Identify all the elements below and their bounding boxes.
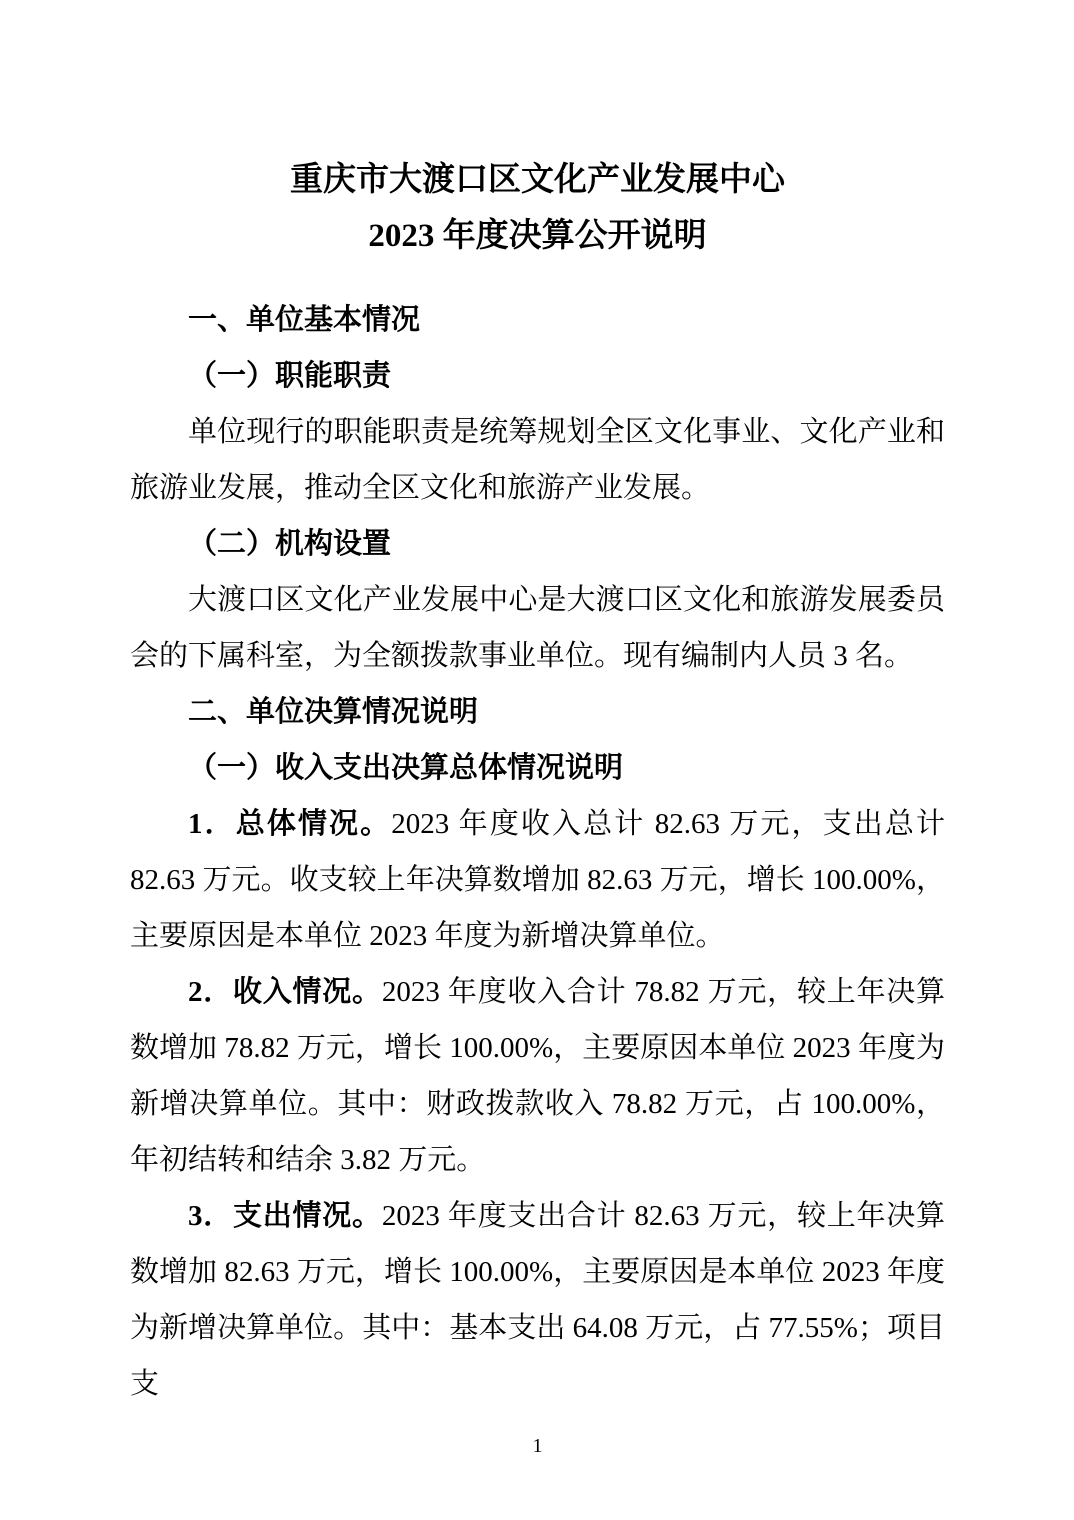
page-number: 1 bbox=[130, 1434, 945, 1458]
budget-item-2-paragraph: 2．收入情况。2023 年度收入合计 78.82 万元，较上年决算数增加 78.… bbox=[130, 964, 945, 1188]
document-title-line-1: 重庆市大渡口区文化产业发展中心 bbox=[130, 152, 945, 208]
subsection-1-2-paragraph: 大渡口区文化产业发展中心是大渡口区文化和旅游发展委员会的下属科室，为全额拨款事业… bbox=[130, 572, 945, 684]
subsection-1-2-heading: （二）机构设置 bbox=[130, 516, 945, 572]
subsection-2-1-heading: （一）收入支出决算总体情况说明 bbox=[130, 740, 945, 796]
subsection-1-1-heading: （一）职能职责 bbox=[130, 348, 945, 404]
section-2-heading: 二、单位决算情况说明 bbox=[130, 684, 945, 740]
section-1-heading: 一、单位基本情况 bbox=[130, 292, 945, 348]
budget-item-3-paragraph: 3．支出情况。2023 年度支出合计 82.63 万元，较上年决算数增加 82.… bbox=[130, 1188, 945, 1412]
budget-item-2-lead: 2．收入情况。 bbox=[188, 976, 382, 1008]
budget-item-3-lead: 3．支出情况。 bbox=[188, 1200, 382, 1232]
budget-item-1-lead: 1．总体情况。 bbox=[188, 808, 391, 840]
subsection-1-1-paragraph: 单位现行的职能职责是统筹规划全区文化事业、文化产业和旅游业发展，推动全区文化和旅… bbox=[130, 404, 945, 516]
budget-item-1-paragraph: 1．总体情况。2023 年度收入总计 82.63 万元，支出总计 82.63 万… bbox=[130, 796, 945, 964]
document-page: 重庆市大渡口区文化产业发展中心 2023 年度决算公开说明 一、单位基本情况 （… bbox=[0, 0, 1074, 1520]
document-title-line-2: 2023 年度决算公开说明 bbox=[130, 208, 945, 264]
